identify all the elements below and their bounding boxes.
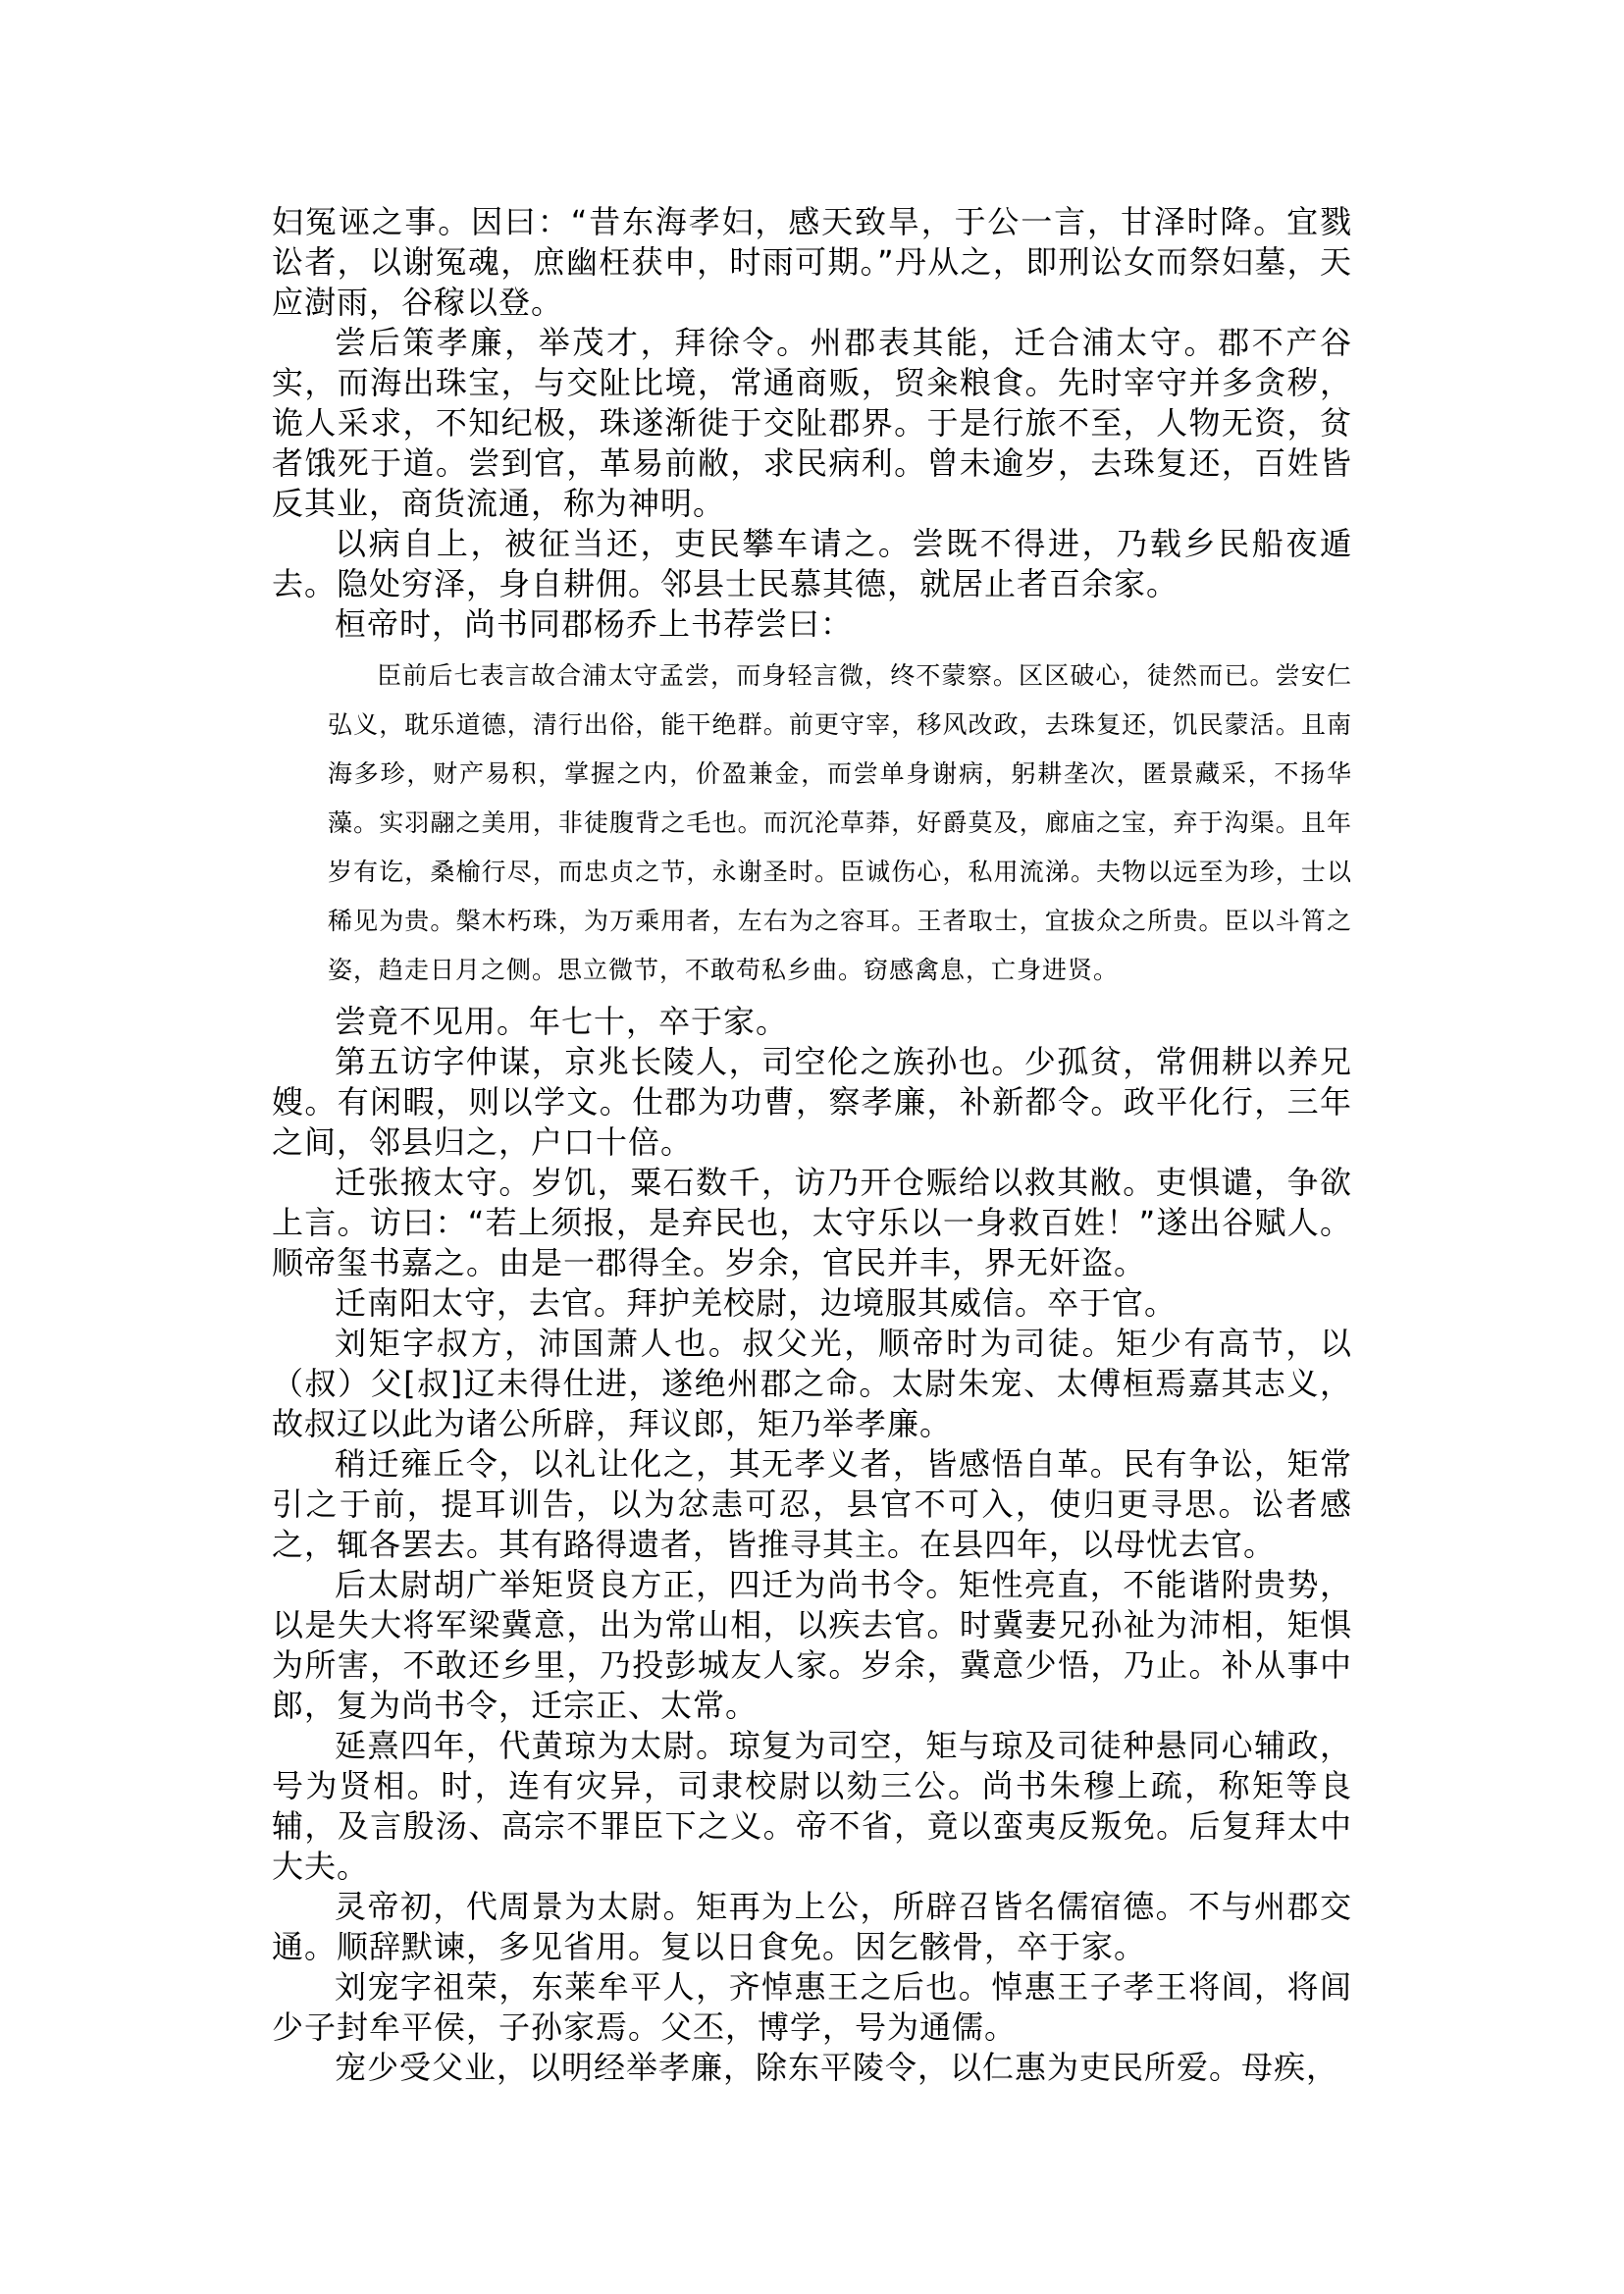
paragraph: 后太尉胡广举矩贤良方正，四迁为尚书令。矩性亮直，不能谐附贵势，以是失大将军梁冀意… <box>272 1565 1352 1726</box>
memorial-quote: 臣前后七表言故合浦太守孟尝，而身轻言微，终不蒙察。区区破心，徒然而已。尝安仁弘义… <box>328 652 1352 995</box>
text-body: 妇冤诬之事。因曰：“昔东海孝妇，感天致旱，于公一言，甘泽时降。宜戮讼者，以谢冤魂… <box>272 202 1352 2088</box>
paragraph: 延熹四年，代黄琼为太尉。琼复为司空，矩与琼及司徒种悬同心辅政，号为贤相。时，连有… <box>272 1726 1352 1887</box>
paragraph: 刘矩字叔方，沛国萧人也。叔父光，顺帝时为司徒。矩少有高节，以（叔）父[叔]辽未得… <box>272 1324 1352 1444</box>
paragraph: 尝竟不见用。年七十，卒于家。 <box>272 1002 1352 1042</box>
paragraph: 第五访字仲谋，京兆长陵人，司空伦之族孙也。少孤贫，常佣耕以养兄嫂。有闲暇，则以学… <box>272 1042 1352 1163</box>
paragraph: 刘宠字祖荣，东莱牟平人，齐悼惠王之后也。悼惠王子孝王将闾，将闾少子封牟平侯，子孙… <box>272 1967 1352 2048</box>
paragraph: 稍迁雍丘令，以礼让化之，其无孝义者，皆感悟自革。民有争讼，矩常引之于前，提耳训告… <box>272 1444 1352 1565</box>
paragraph: 迁张掖太守。岁饥，粟石数千，访乃开仓赈给以救其敝。吏惧谴，争欲上言。访曰：“若上… <box>272 1163 1352 1283</box>
paragraph: 迁南阳太守，去官。拜护羌校尉，边境服其威信。卒于官。 <box>272 1283 1352 1324</box>
paragraph: 尝后策孝廉，举茂才，拜徐令。州郡表其能，迁合浦太守。郡不产谷实，而海出珠宝，与交… <box>272 323 1352 524</box>
paragraph: 以病自上，被征当还，吏民攀车请之。尝既不得进，乃载乡民船夜遁去。隐处穷泽，身自耕… <box>272 524 1352 604</box>
document-page: 妇冤诬之事。因曰：“昔东海孝妇，感天致旱，于公一言，甘泽时降。宜戮讼者，以谢冤魂… <box>0 0 1624 2294</box>
paragraph: 宠少受父业，以明经举孝廉，除东平陵令，以仁惠为吏民所爱。母疾， <box>272 2048 1352 2088</box>
paragraph: 妇冤诬之事。因曰：“昔东海孝妇，感天致旱，于公一言，甘泽时降。宜戮讼者，以谢冤魂… <box>272 202 1352 323</box>
paragraph: 灵帝初，代周景为太尉。矩再为上公，所辟召皆名儒宿德。不与州郡交通。顺辞默谏，多见… <box>272 1887 1352 1967</box>
paragraph: 桓帝时，尚书同郡杨乔上书荐尝曰： <box>272 604 1352 645</box>
